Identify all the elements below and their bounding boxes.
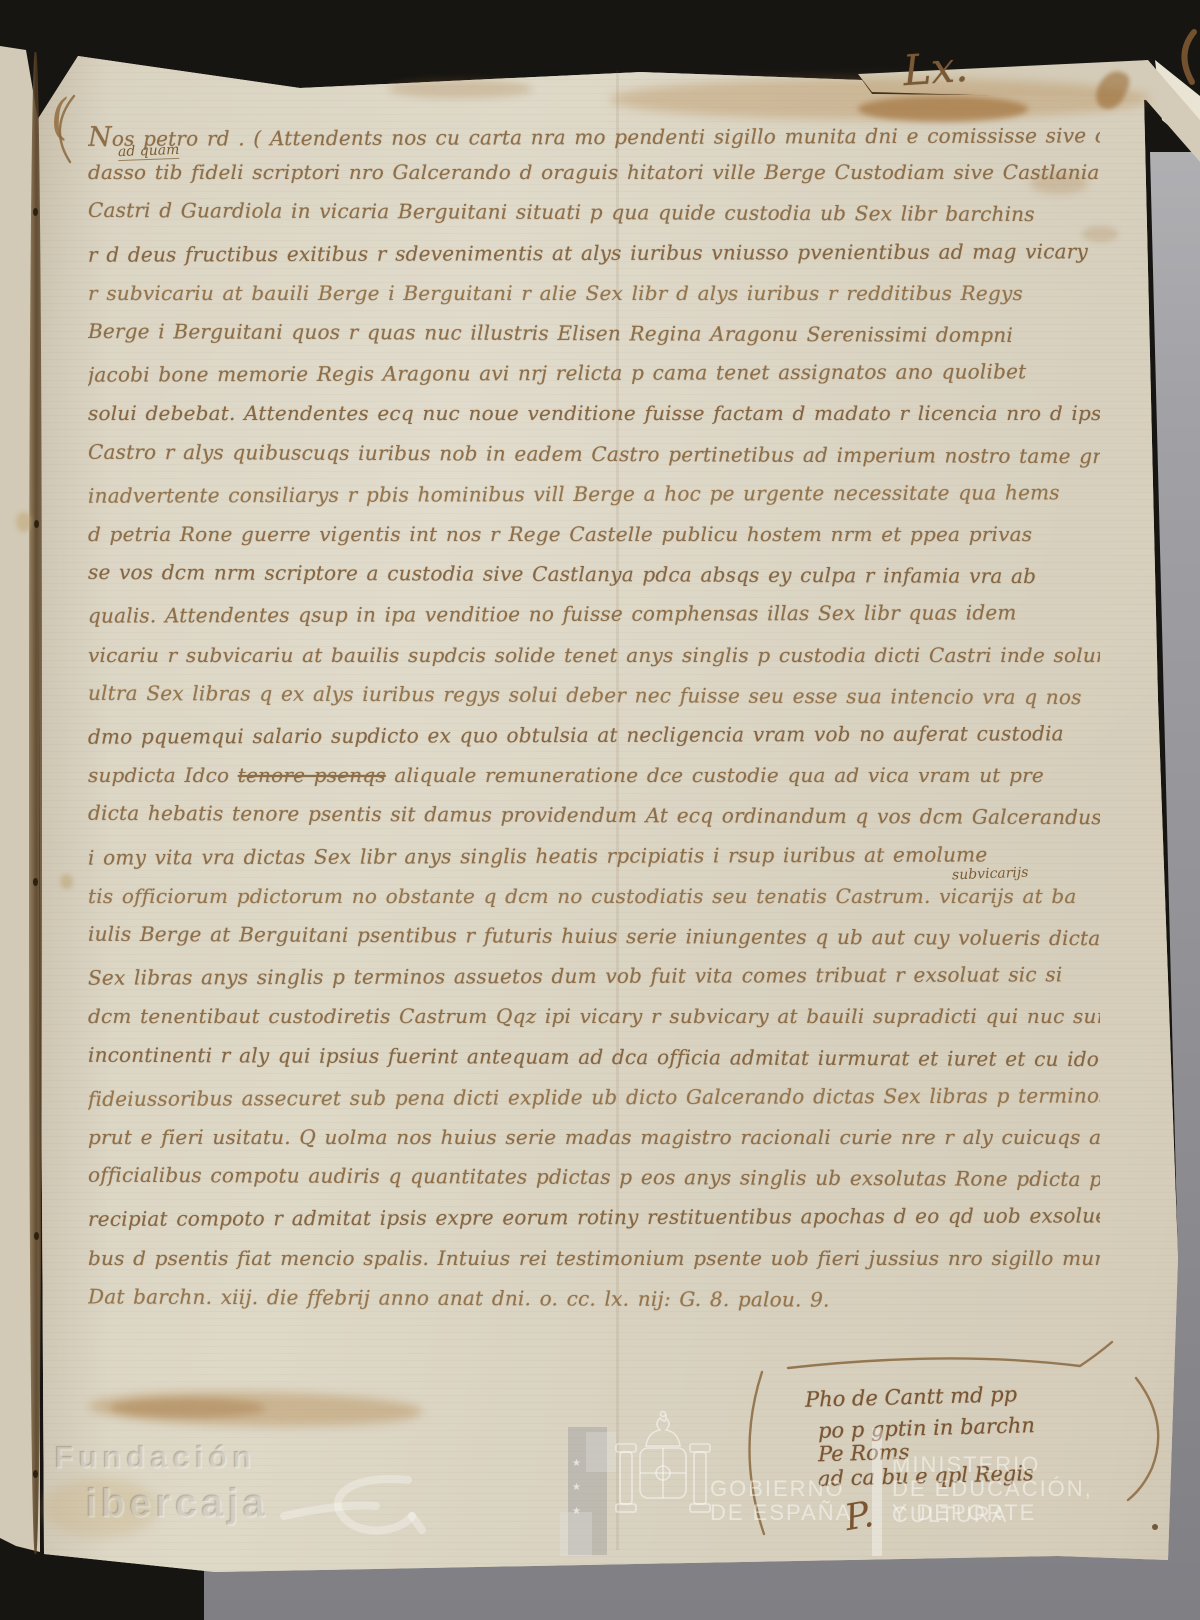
eu-flag-notch (560, 1512, 592, 1556)
chancery-note-line: Pe Roms (818, 1440, 910, 1466)
manuscript-line: prut e fieri usitatu. Q uolma nos huius … (88, 1125, 1100, 1149)
manuscript-line: i omy vita vra dictas Sex libr anys sing… (88, 842, 987, 869)
manuscript-line: Dat barchn. xiij. die ffebrij anno anat … (88, 1284, 830, 1311)
interlinear-insertion: subvicarijs (952, 865, 1029, 884)
manuscript-line: d petria Rone guerre vigentis int nos r … (88, 522, 1032, 546)
adjacent-folio-curl (1184, 32, 1194, 82)
manuscript-line: vicariu r subvicariu at bauilis supdcis … (88, 643, 1100, 667)
manuscript-line: officialibus compotu audiris q quantitat… (88, 1163, 1100, 1192)
manuscript-line: Sex libras anys singlis p terminos assue… (88, 962, 1062, 989)
manuscript-line: Castro r alys quibuscuqs iuribus nob in … (88, 440, 1100, 468)
manuscript-line: tis officiorum pdictorum no obstante q d… (88, 884, 1077, 908)
manuscript-line: solui debebat. Attendentes ecq nuc noue … (88, 401, 1100, 425)
interlinear-insertion: ad quam (118, 142, 180, 161)
manuscript-line: Berge i Berguitani quos r quas nuc illus… (88, 319, 1013, 347)
star-icon: ★ (572, 1482, 581, 1493)
manuscript-line: fideiussoribus assecuret sub pena dicti … (88, 1083, 1100, 1111)
manuscript-line: inadvertente consiliarys r pbis hominibu… (88, 480, 1060, 507)
watermark-divider (872, 1428, 882, 1556)
eu-flag-notch (586, 1432, 616, 1472)
binding-stitch (33, 878, 38, 886)
line-segment: supdicta Idco (88, 763, 238, 787)
manuscript-line: r d deus fructibus exitibus r sdevenimen… (88, 239, 1088, 266)
binding-stitch (34, 520, 39, 528)
binding-stitch (33, 208, 38, 216)
line-segment: aliquale remuneratione dce custodie qua … (386, 763, 1044, 787)
manuscript-line: incontinenti r aly qui ipsius fuerint an… (88, 1043, 1100, 1072)
manuscript-line: r subvicariu at bauili Berge i Berguitan… (88, 281, 1023, 305)
manuscript-line: Nos petro rd . ( Attendents nos cu carta… (88, 118, 1100, 153)
manuscript-line: iulis Berge at Berguitani psentibus r fu… (88, 922, 1100, 950)
manuscript-line: jacobi bone memorie Regis Aragonu avi nr… (88, 359, 1026, 386)
manuscript-line: bus d psentis fiat mencio spalis. Intuiu… (88, 1246, 1100, 1270)
manuscript-line: dcm tenentibaut custodiretis Castrum Qqz… (88, 1004, 1100, 1028)
binding-stitch (34, 1232, 39, 1240)
manuscript-line: supdicta Idco tenore psenqs aliquale rem… (88, 763, 1044, 787)
manuscript-line: dasso tib fideli scriptori nro Galcerand… (88, 160, 1100, 184)
manuscript-line: dmo pquemqui salario supdicto ex quo obt… (88, 721, 1064, 748)
struck-through-words: tenore psenqs (238, 763, 386, 787)
manuscript-line: Castri d Guardiola in vicaria Berguitani… (88, 198, 1035, 226)
binding-stitch (33, 1470, 38, 1478)
star-icon: ★ (572, 1458, 581, 1469)
manuscript-line: qualis. Attendentes qsup in ipa venditio… (88, 600, 1017, 627)
manuscript-line: recipiat compoto r admitat ipsis expre e… (88, 1203, 1100, 1231)
star-icon: ★ (572, 1506, 581, 1517)
manuscript-photo: Lx. ( Nos petro rd . ( Attendents nos cu… (0, 0, 1200, 1620)
manuscript-line: ultra Sex libras q ex alys iuribus regys… (88, 681, 1082, 709)
manuscript-line: se vos dcm nrm scriptore a custodia sive… (88, 560, 1036, 588)
manuscript-line: dicta hebatis tenore psentis sit damus p… (88, 801, 1100, 829)
manuscript-text-block: Nos petro rd . ( Attendents nos cu carta… (88, 0, 1100, 1620)
binding-gutter (29, 52, 42, 1554)
